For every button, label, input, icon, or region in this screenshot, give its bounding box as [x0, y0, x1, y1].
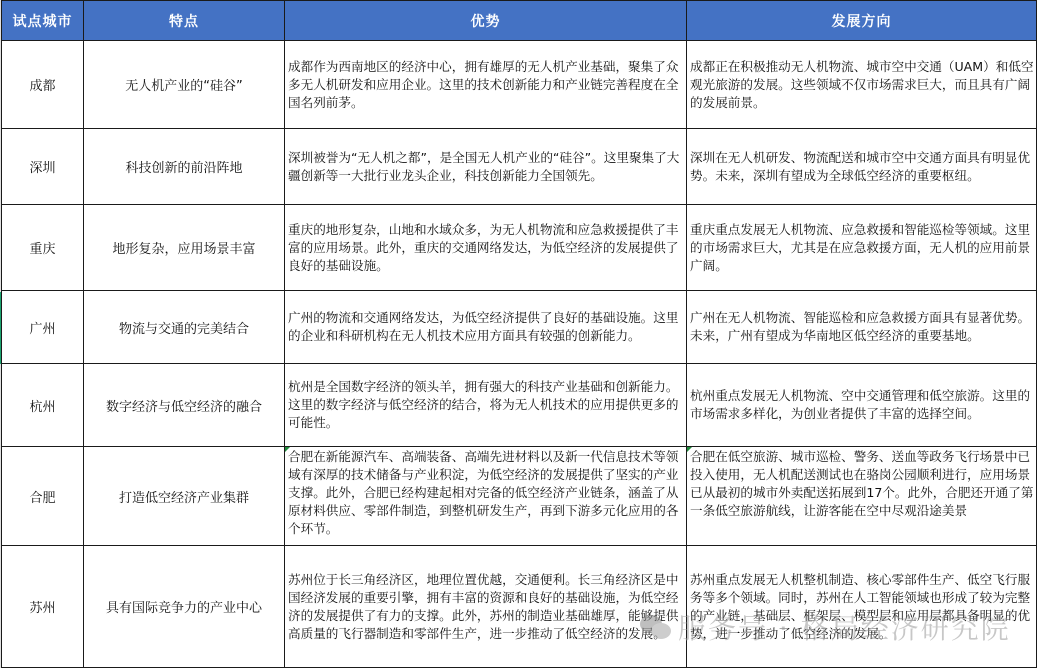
cell-city[interactable]: 杭州: [2, 364, 84, 447]
table-row: 深圳 科技创新的前沿阵地 深圳被誉为“无人机之都”，是全国无人机产业的“硅谷”。…: [2, 129, 1037, 205]
cell-direction[interactable]: 合肥在低空旅游、城市巡检、警务、送血等政务飞行场景中已投入使用，无人机配送测试也…: [687, 447, 1037, 546]
cell-advantage[interactable]: 杭州是全国数字经济的领头羊，拥有强大的科技产业基础和创新能力。这里的数字经济与低…: [285, 364, 687, 447]
cell-feature[interactable]: 打造低空经济产业集群: [84, 447, 285, 546]
cell-advantage[interactable]: 合肥在新能源汽车、高端装备、高端先进材料以及新一代信息技术等领域有深厚的技术储备…: [285, 447, 687, 546]
pilot-cities-table: 试点城市 特点 优势 发展方向 成都 无人机产业的“硅谷” 成都作为西南地区的经…: [1, 0, 1037, 668]
cell-feature[interactable]: 数字经济与低空经济的融合: [84, 364, 285, 447]
table-row: 广州 物流与交通的完美结合 广州的物流和交通网络发达，为低空经济提供了良好的基础…: [2, 291, 1037, 364]
cell-direction[interactable]: 苏州重点发展无人机整机制造、核心零部件生产、低空飞行服务等多个领域。同时，苏州在…: [687, 546, 1037, 668]
cell-feature[interactable]: 无人机产业的“硅谷”: [84, 41, 285, 129]
table-row: 杭州 数字经济与低空经济的融合 杭州是全国数字经济的领头羊，拥有强大的科技产业基…: [2, 364, 1037, 447]
spreadsheet-sheet: 试点城市 特点 优势 发展方向 成都 无人机产业的“硅谷” 成都作为西南地区的经…: [0, 0, 1037, 668]
cell-direction[interactable]: 杭州重点发展无人机物流、空中交通管理和低空旅游。这里的市场需求多样化，为创业者提…: [687, 364, 1037, 447]
cell-direction[interactable]: 深圳在无人机研发、物流配送和城市空中交通方面具有明显优势。未来，深圳有望成为全球…: [687, 129, 1037, 205]
cell-feature[interactable]: 科技创新的前沿阵地: [84, 129, 285, 205]
table-row: 重庆 地形复杂，应用场景丰富 重庆的地形复杂，山地和水域众多，为无人机物流和应急…: [2, 205, 1037, 291]
cell-feature[interactable]: 物流与交通的完美结合: [84, 291, 285, 364]
column-header-advantage[interactable]: 优势: [285, 1, 687, 41]
cell-advantage[interactable]: 成都作为西南地区的经济中心，拥有雄厚的无人机产业基础，聚集了众多无人机研发和应用…: [285, 41, 687, 129]
table-header-row: 试点城市 特点 优势 发展方向: [2, 1, 1037, 41]
cell-city[interactable]: 苏州: [2, 546, 84, 668]
cell-advantage[interactable]: 重庆的地形复杂，山地和水域众多，为无人机物流和应急救援提供了丰富的应用场景。此外…: [285, 205, 687, 291]
cell-advantage[interactable]: 深圳被誉为“无人机之都”，是全国无人机产业的“硅谷”。这里聚集了大疆创新等一大批…: [285, 129, 687, 205]
cell-advantage[interactable]: 广州的物流和交通网络发达，为低空经济提供了良好的基础设施。这里的企业和科研机构在…: [285, 291, 687, 364]
cell-city[interactable]: 成都: [2, 41, 84, 129]
column-header-feature[interactable]: 特点: [84, 1, 285, 41]
cell-direction[interactable]: 成都正在积极推动无人机物流、城市空中交通（UAM）和低空观光旅游的发展。这些领域…: [687, 41, 1037, 129]
cell-city[interactable]: 合肥: [2, 447, 84, 546]
column-header-city[interactable]: 试点城市: [2, 1, 84, 41]
cell-feature[interactable]: 地形复杂，应用场景丰富: [84, 205, 285, 291]
column-header-direction[interactable]: 发展方向: [687, 1, 1037, 41]
cell-advantage[interactable]: 苏州位于长三角经济区，地理位置优越，交通便利。长三角经济区是中国经济发展的重要引…: [285, 546, 687, 668]
cell-city[interactable]: 重庆: [2, 205, 84, 291]
cell-direction[interactable]: 重庆重点发展无人机物流、应急救援和智能巡检等领域。这里的市场需求巨大，尤其是在应…: [687, 205, 1037, 291]
table-row: 合肥 打造低空经济产业集群 合肥在新能源汽车、高端装备、高端先进材料以及新一代信…: [2, 447, 1037, 546]
table-row: 成都 无人机产业的“硅谷” 成都作为西南地区的经济中心，拥有雄厚的无人机产业基础…: [2, 41, 1037, 129]
cell-feature[interactable]: 具有国际竞争力的产业中心: [84, 546, 285, 668]
cell-city[interactable]: 深圳: [2, 129, 84, 205]
cell-direction[interactable]: 广州在无人机物流、智能巡检和应急救援方面具有显著优势。未来，广州有望成为华南地区…: [687, 291, 1037, 364]
cell-city[interactable]: 广州: [2, 291, 84, 364]
table-row: 苏州 具有国际竞争力的产业中心 苏州位于长三角经济区，地理位置优越，交通便利。长…: [2, 546, 1037, 668]
